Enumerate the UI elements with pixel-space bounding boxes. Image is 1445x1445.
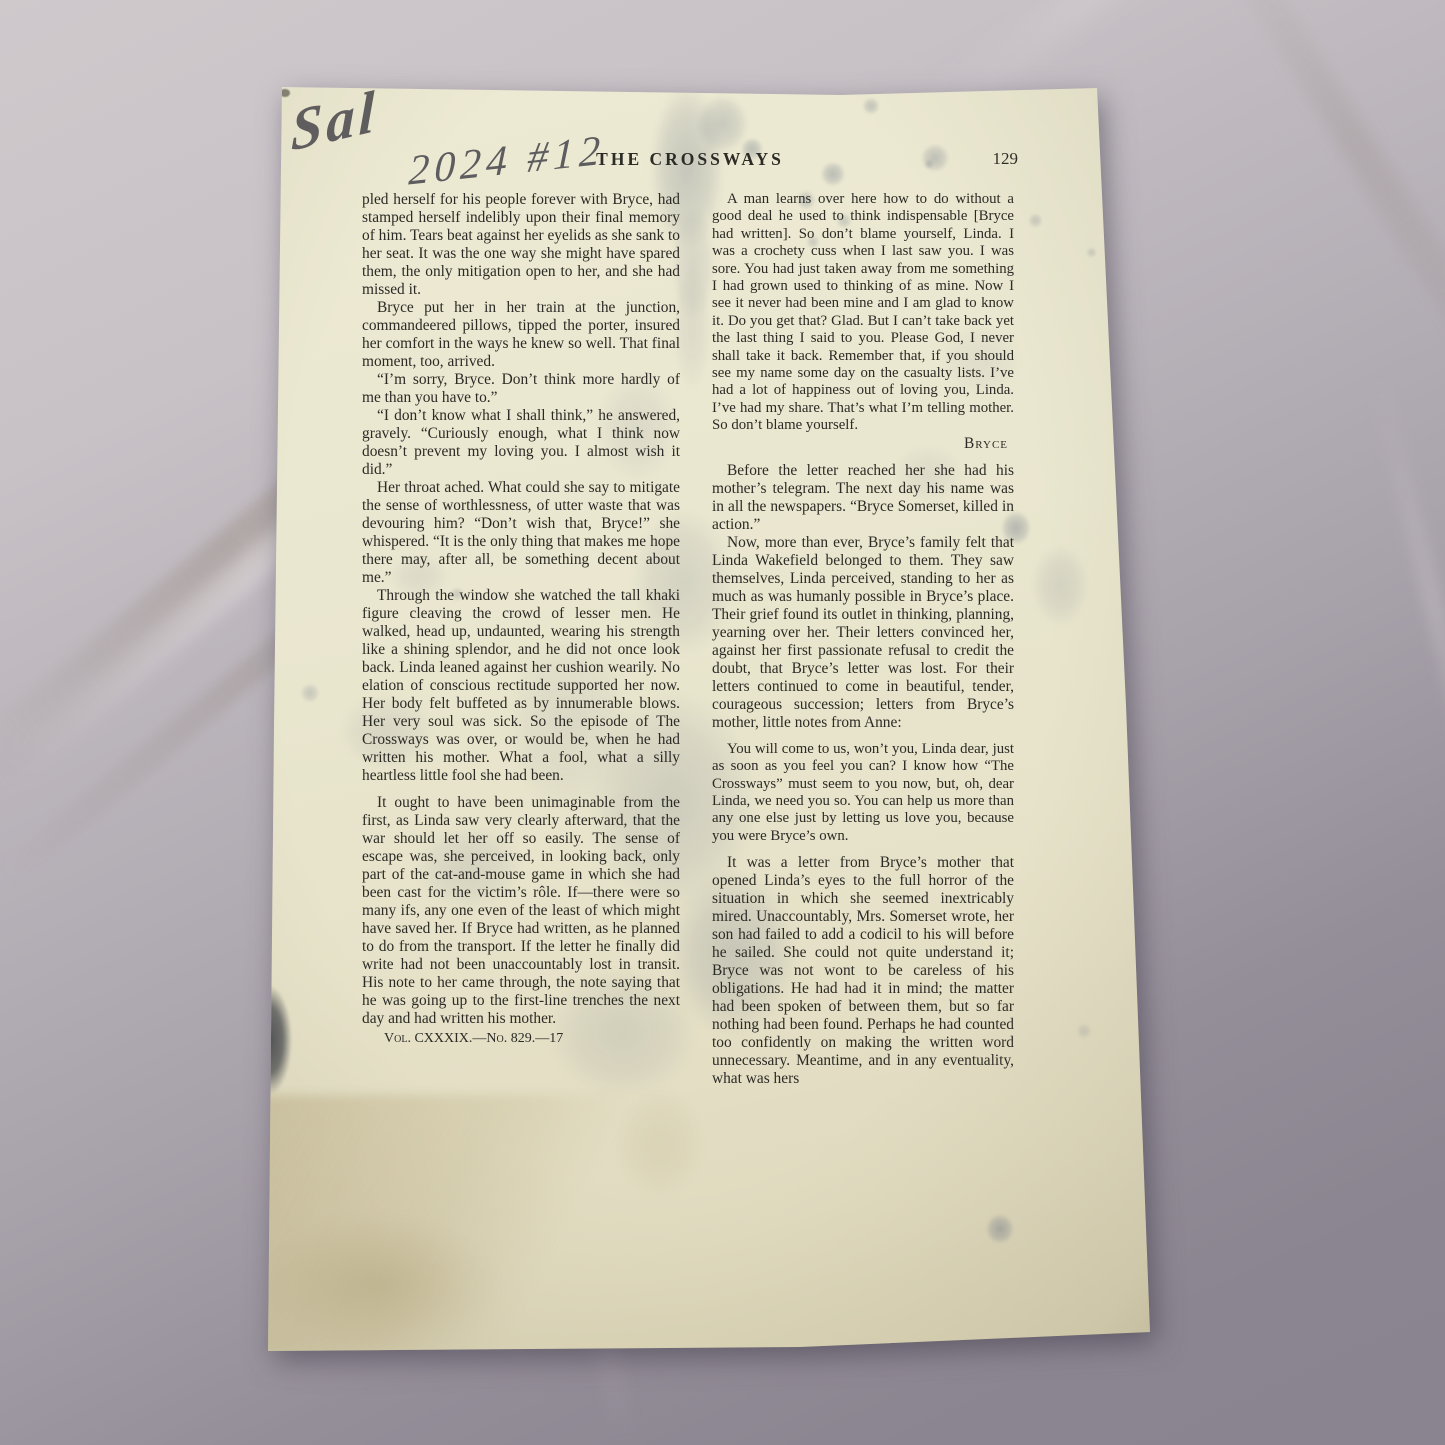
- marble-vein: [1367, 375, 1445, 884]
- page-paper: Sal 2024 #12 THE CROSSWAYS 129 pled hers…: [240, 85, 1160, 1357]
- binding-red-mark: [253, 873, 265, 1003]
- photo-background: Sal 2024 #12 THE CROSSWAYS 129 pled hers…: [0, 0, 1445, 1445]
- edge-speck: [258, 1147, 267, 1162]
- marble-vein: [1211, 0, 1445, 469]
- magazine-page: Sal 2024 #12 THE CROSSWAYS 129 pled hers…: [240, 85, 1160, 1357]
- page-edge-shading: [240, 85, 1160, 1357]
